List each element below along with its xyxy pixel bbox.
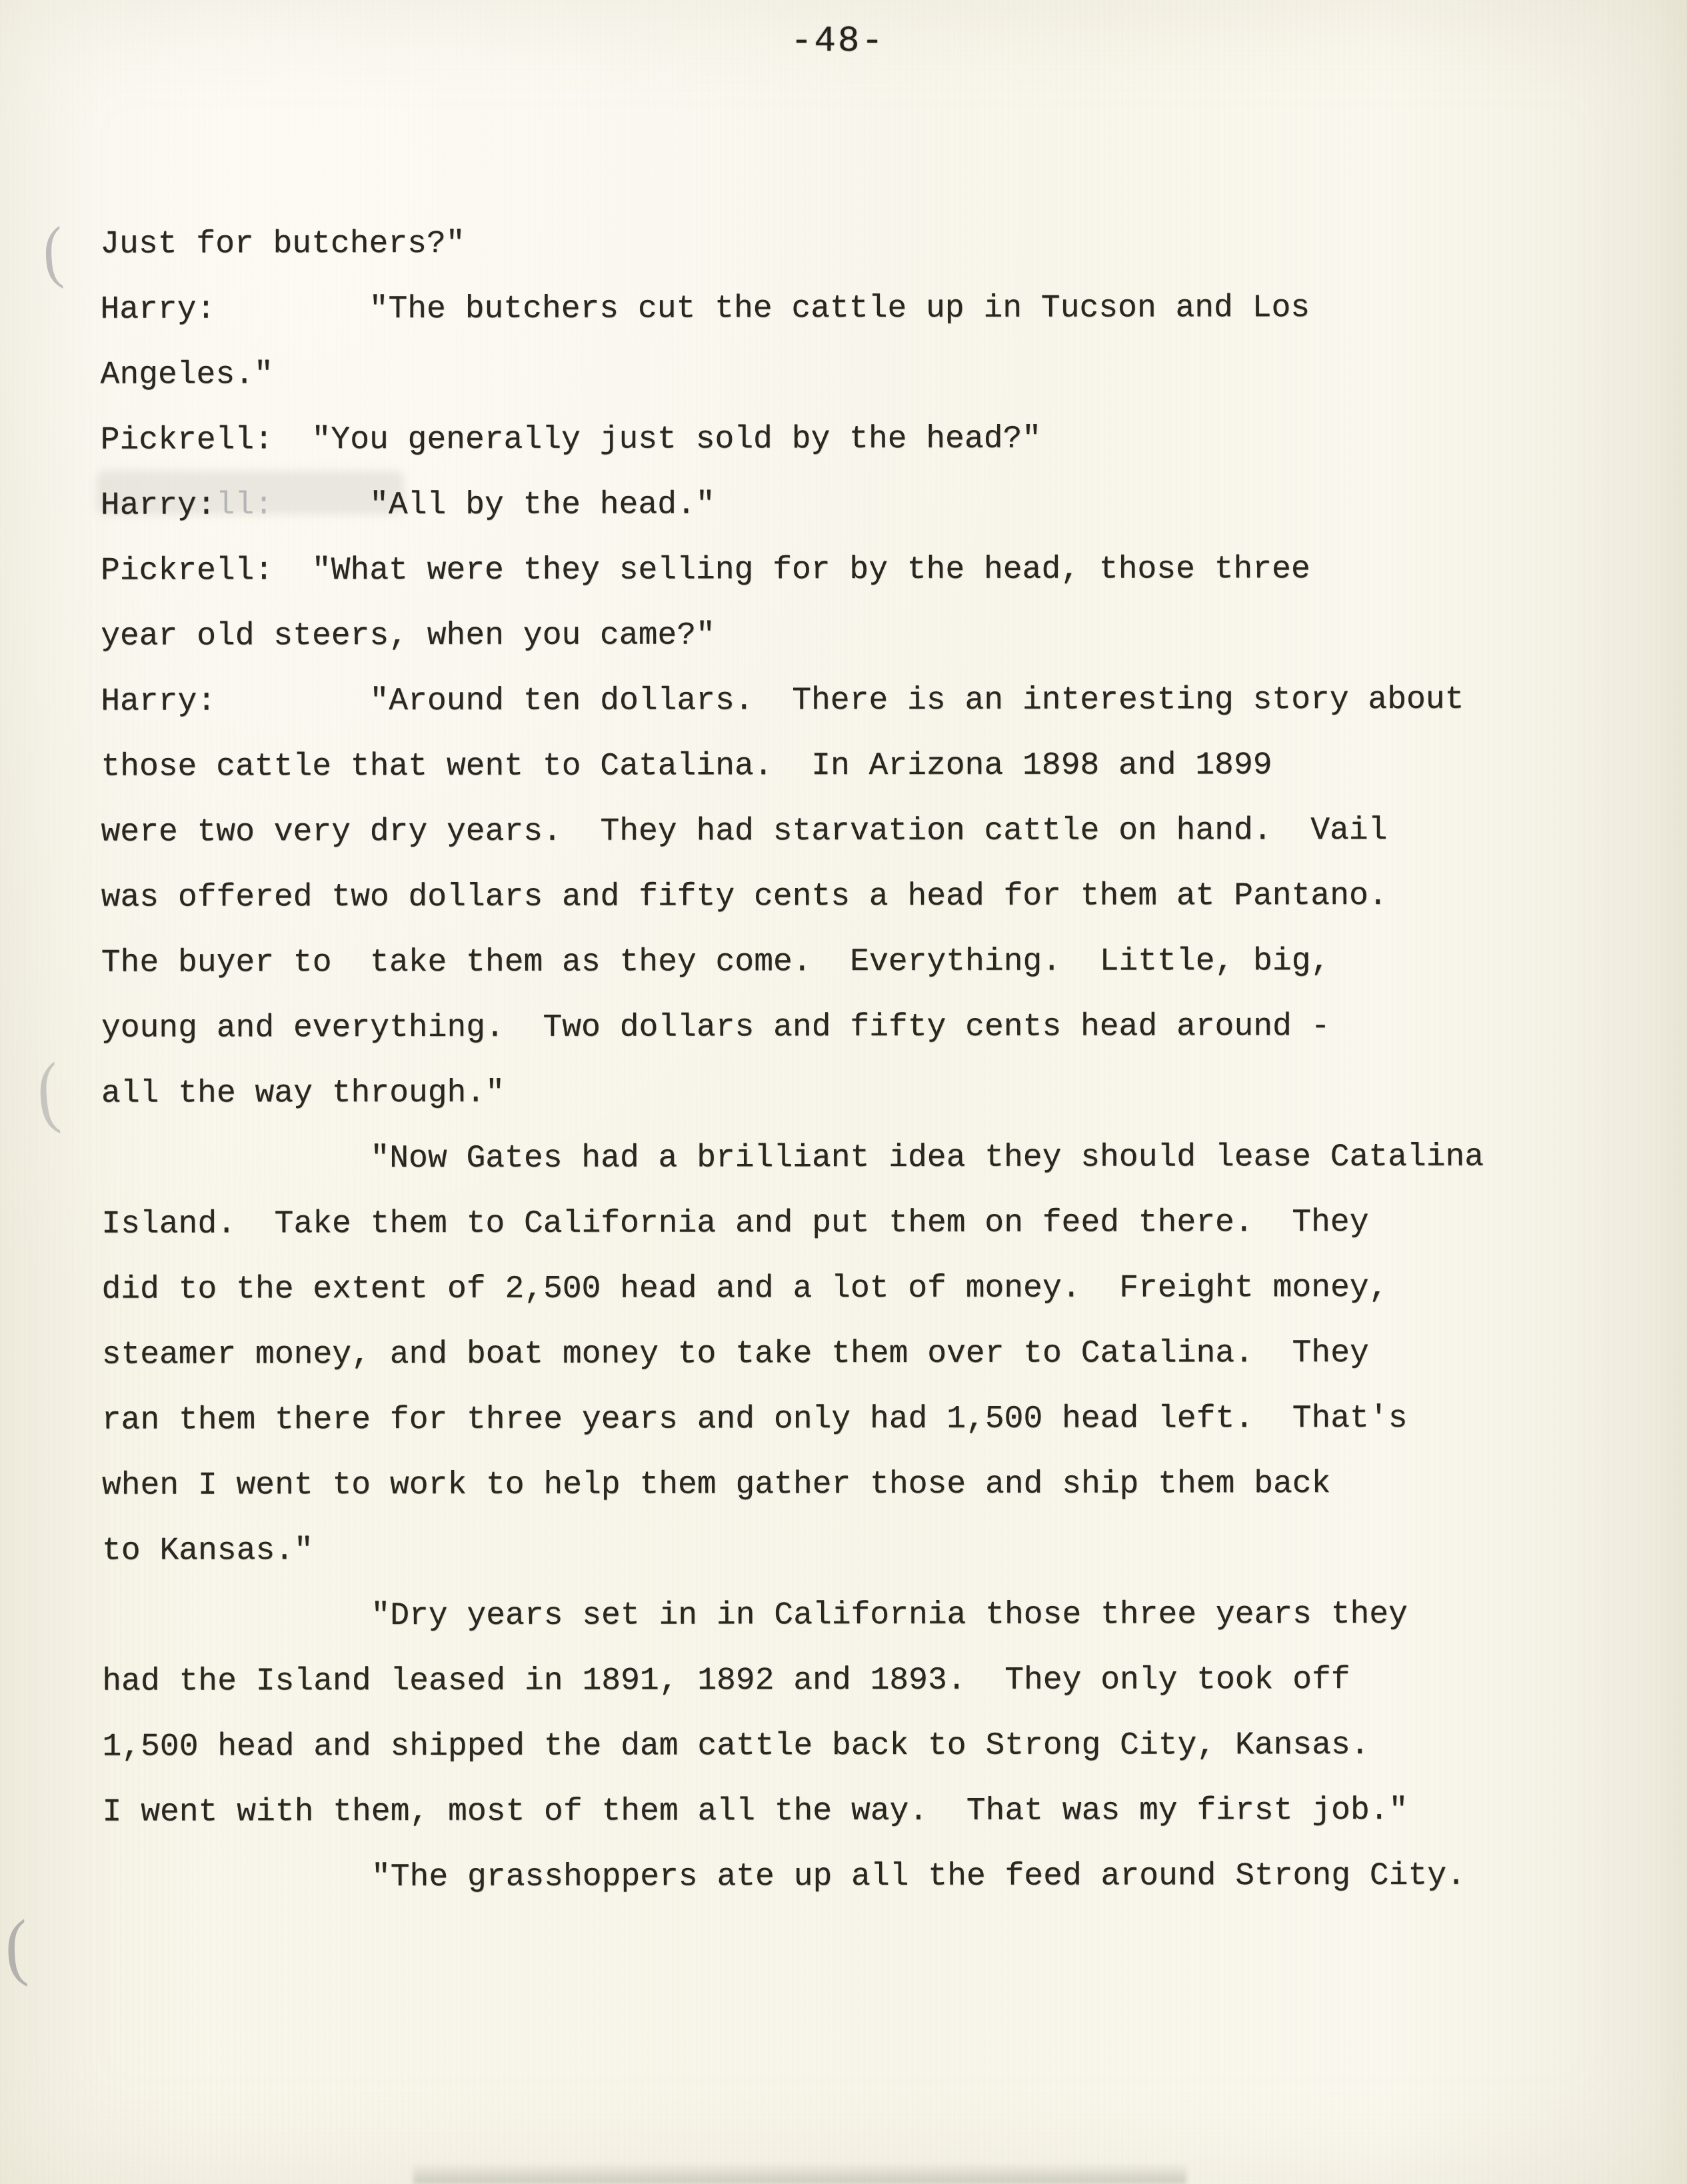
- transcript-line: ran them there for three years and only …: [102, 1385, 1622, 1453]
- typewritten-text: Island. Take them to California and put …: [101, 1205, 1368, 1243]
- transcript-line: Harry: "The butchers cut the cattle up i…: [100, 275, 1620, 342]
- transcript-line: all the way through.": [101, 1059, 1621, 1126]
- transcript-line: Harry:ll: "All by the head.": [101, 471, 1620, 538]
- transcript-line: Just for butchers?": [100, 209, 1620, 277]
- typewritten-text: had the Island leased in 1891, 1892 and …: [102, 1662, 1350, 1700]
- typewritten-text: was offered two dollars and fifty cents …: [101, 878, 1388, 916]
- typewritten-text: "Dry years set in in California those th…: [102, 1597, 1408, 1635]
- transcript-line: "Dry years set in in California those th…: [102, 1581, 1622, 1649]
- pencil-mark-middle: (: [33, 1044, 62, 1138]
- transcript-text-block: Just for butchers?"Harry: "The butchers …: [100, 209, 1622, 1910]
- typewritten-text: to Kansas.": [102, 1533, 313, 1569]
- typewritten-text: when I went to work to help them gather …: [102, 1466, 1331, 1504]
- typewritten-text: did to the extent of 2,500 head and a lo…: [101, 1270, 1388, 1308]
- transcript-line: Pickrell: "What were they selling for by…: [101, 536, 1620, 603]
- transcript-line: was offered two dollars and fifty cents …: [101, 863, 1621, 930]
- transcript-line: to Kansas.": [102, 1516, 1622, 1583]
- typewritten-text: those cattle that went to Catalina. In A…: [101, 747, 1272, 785]
- transcript-line: Pickrell: "You generally just sold by th…: [101, 405, 1620, 473]
- pencil-mark-bottom: (: [3, 1903, 30, 1991]
- transcript-line: 1,500 head and shipped the dam cattle ba…: [102, 1712, 1622, 1779]
- transcript-line: those cattle that went to Catalina. In A…: [101, 732, 1620, 799]
- document-page: -48- ( ( ( Just for butchers?"Harry: "Th…: [0, 0, 1687, 2184]
- transcript-line: I went with them, most of them all the w…: [103, 1777, 1622, 1845]
- typewritten-text: Harry:: [101, 487, 216, 523]
- transcript-line: "The grasshoppers ate up all the feed ar…: [103, 1843, 1622, 1910]
- typewritten-text: The buyer to take them as they come. Eve…: [101, 943, 1330, 981]
- typewritten-text: 1,500 head and shipped the dam cattle ba…: [102, 1727, 1369, 1765]
- transcript-line: when I went to work to help them gather …: [102, 1451, 1622, 1518]
- typewritten-text: year old steers, when you came?": [101, 617, 715, 654]
- typewritten-text: Harry: "The butchers cut the cattle up i…: [100, 290, 1310, 328]
- transcript-line: had the Island leased in 1891, 1892 and …: [102, 1647, 1622, 1714]
- typewritten-text: steamer money, and boat money to take th…: [102, 1335, 1369, 1373]
- typewritten-text: "The grasshoppers ate up all the feed ar…: [103, 1858, 1466, 1896]
- transcript-line: steamer money, and boat money to take th…: [102, 1320, 1622, 1387]
- transcript-line: young and everything. Two dollars and fi…: [101, 993, 1621, 1061]
- transcript-line: Island. Take them to California and put …: [101, 1189, 1621, 1257]
- transcript-line: "Now Gates had a brilliant idea they sho…: [101, 1124, 1621, 1191]
- typewritten-text: all the way through.": [101, 1075, 505, 1112]
- typewritten-text: Pickrell: "You generally just sold by th…: [101, 421, 1042, 459]
- transcript-line: The buyer to take them as they come. Eve…: [101, 928, 1621, 995]
- typewritten-text: were two very dry years. They had starva…: [101, 813, 1387, 851]
- typewritten-text: Harry: "Around ten dollars. There is an …: [101, 682, 1464, 720]
- transcript-line: year old steers, when you came?": [101, 601, 1620, 669]
- transcript-line: were two very dry years. They had starva…: [101, 797, 1620, 865]
- typewritten-text: "Now Gates had a brilliant idea they sho…: [101, 1139, 1484, 1177]
- typewritten-text: I went with them, most of them all the w…: [103, 1793, 1408, 1831]
- page-number: -48-: [791, 19, 885, 65]
- typewritten-text: Pickrell: "What were they selling for by…: [101, 551, 1310, 589]
- pencil-mark-top: (: [41, 211, 65, 292]
- typewritten-text: young and everything. Two dollars and fi…: [101, 1009, 1330, 1047]
- scan-artifact-bottom-edge: [413, 2163, 1186, 2184]
- typewritten-text: Just for butchers?": [100, 226, 465, 263]
- transcript-line: Angeles.": [100, 340, 1620, 407]
- typewritten-text: "All by the head.": [273, 487, 715, 523]
- overstrike-ghost-text: ll:: [216, 487, 273, 523]
- transcript-line: did to the extent of 2,500 head and a lo…: [101, 1255, 1621, 1322]
- typewritten-text: Angeles.": [101, 357, 273, 393]
- typewritten-text: ran them there for three years and only …: [102, 1401, 1408, 1439]
- transcript-line: Harry: "Around ten dollars. There is an …: [101, 667, 1620, 734]
